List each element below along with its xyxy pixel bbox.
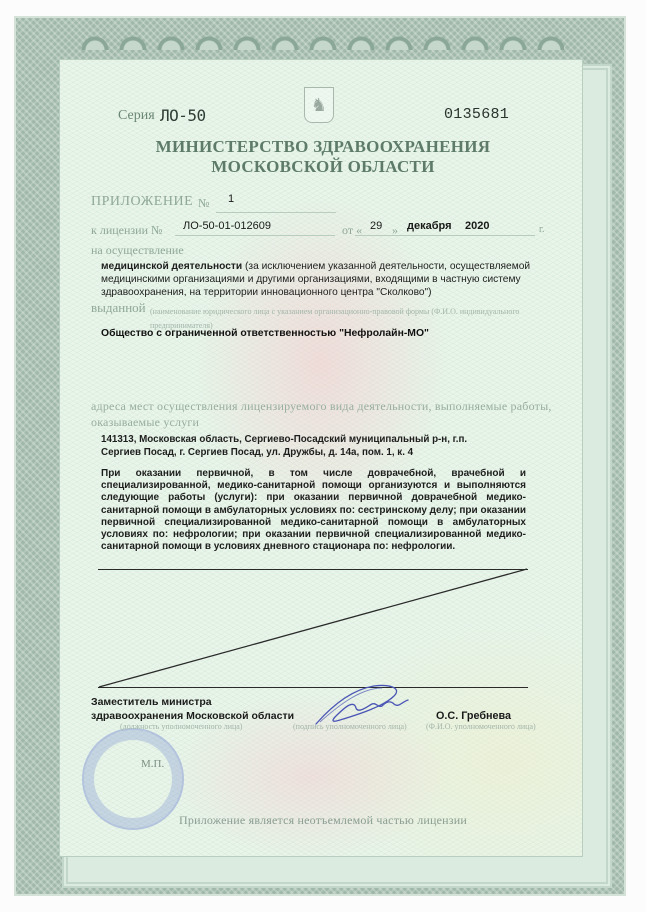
activity-label: на осуществление [91, 243, 184, 258]
signatory-position-line-2: здравоохранения Московской области [91, 709, 294, 723]
name-hint: (Ф.И.О. уполномоченного лица) [426, 722, 536, 731]
series-label: Серия [118, 108, 155, 124]
ministry-title: МИНИСТЕРСТВО ЗДРАВООХРАНЕНИЯ [0, 137, 646, 157]
works-description: При оказании первичной, в том числе довр… [101, 468, 526, 553]
organization-name: Общество с ограниченной ответственностью… [101, 328, 429, 339]
signatory-position: Заместитель министра здравоохранения Мос… [91, 695, 294, 723]
license-year: 2020 [465, 220, 489, 232]
coat-of-arms-icon: ♞ [304, 87, 334, 123]
appendix-label: ПРИЛОЖЕНИЕ [91, 194, 193, 210]
address-value: 141313, Московская область, Сергиево-Пос… [101, 433, 541, 459]
series-value: ЛО-50 [160, 106, 206, 125]
cancel-line-top [98, 569, 528, 570]
license-day: 29 [370, 220, 382, 232]
activity-description: медицинской деятельности (за исключением… [101, 260, 541, 299]
signature-hint: (подпись уполномоченного лица) [293, 722, 407, 731]
position-hint: (должность уполномоченного лица) [120, 722, 242, 731]
appendix-footer-note: Приложение является неотъемлемой частью … [0, 813, 646, 828]
license-underline [175, 235, 335, 236]
signatory-position-line-1: Заместитель министра [91, 695, 294, 709]
stamp-place-label: М.П. [141, 758, 164, 770]
date-underline [355, 235, 535, 236]
document-number: 0135681 [444, 106, 509, 123]
license-label: к лицензии № [91, 223, 162, 238]
appendix-underline [216, 212, 336, 213]
issued-to-label: выданной [91, 300, 146, 316]
signatory-name: О.С. Гребнева [436, 710, 511, 722]
address-line-2: Сергиев Посад, г. Сергиев Посад, ул. Дру… [101, 446, 541, 459]
activity-type: медицинской деятельности [101, 261, 242, 272]
frame-ornament-top [76, 24, 564, 50]
license-month: декабря [407, 220, 452, 232]
license-number: ЛО-50-01-012609 [183, 220, 271, 232]
year-suffix: г. [539, 224, 544, 235]
ministry-region: МОСКОВСКОЙ ОБЛАСТИ [0, 157, 646, 177]
address-line-1: 141313, Московская область, Сергиево-Пос… [101, 433, 541, 446]
appendix-number-sign: № [198, 196, 209, 211]
address-label: адреса мест осуществления лицензируемого… [91, 398, 556, 430]
appendix-number: 1 [228, 193, 234, 205]
